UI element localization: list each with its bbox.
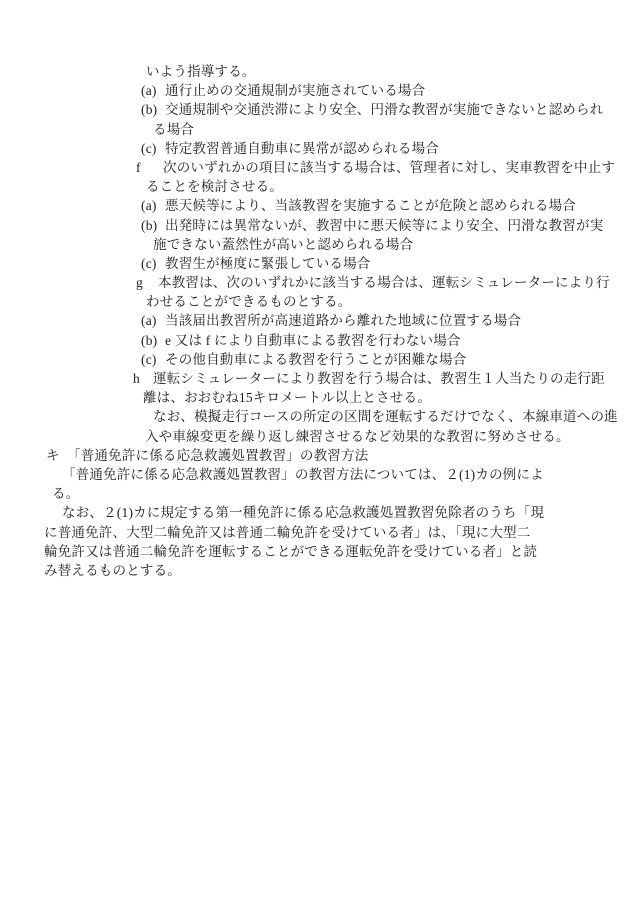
list-marker: (c) [141,350,165,369]
line-text: 出発時には異常ないが、教習中に悪天候等により安全、円滑な教習が実 [165,218,603,233]
line-text: 教習生が極度に緊張している場合 [165,256,371,271]
text-line: る。 [0,484,630,503]
text-line: (c)教習生が極度に緊張している場合 [0,254,630,273]
text-line: に普通免許、大型二輪免許又は普通二輪免許を受けている者」は、「現に大型二 [0,523,630,542]
text-line: 輪免許又は普通二輪免許を運転することができる運転免許を受けている者」と読 [0,542,630,561]
list-marker: キ [46,446,67,465]
text-line: 「普通免許に係る応急救護処置教習」の教習方法については、２(1)カの例によ [0,465,630,484]
list-marker: (c) [141,139,165,158]
line-text: 「普通免許に係る応急救護処置教習」の教習方法については、２(1)カの例によ [62,467,544,482]
line-text: 「普通免許に係る応急救護処置教習」の教習方法 [67,448,368,463]
text-line: 入や車線変更を繰り返し練習させるなど効果的な教習に努めさせる。 [0,427,630,446]
text-line: (a)当該届出教習所が高速道路から離れた地域に位置する場合 [0,311,630,330]
line-text: いよう指導する。 [146,64,256,79]
line-text: 交通規制や交通渋滞により安全、円滑な教習が実施できないと認められ [165,102,603,117]
line-text: その他自動車による教習を行うことが困難な場合 [165,352,466,367]
list-marker: (c) [141,254,165,273]
line-text: なお、模擬走行コースの所定の区間を運転するだけでなく、本線車道への進 [153,409,618,424]
document-page: いよう指導する。(a)通行止めの交通規制が実施されている場合(b)交通規制や交通… [0,0,630,903]
line-text: 離は、おおむね15キロメートル以上とさせる。 [143,390,431,405]
text-line: なお、２(1)カに規定する第一種免許に係る応急救護処置教習免除者のうち「現 [0,503,630,522]
document-body: いよう指導する。(a)通行止めの交通規制が実施されている場合(b)交通規制や交通… [0,62,630,580]
line-text: 入や車線変更を繰り返し練習させるなど効果的な教習に努めさせる。 [145,429,570,444]
list-marker: f [136,158,163,177]
line-text: わせることができるものとする。 [146,294,352,309]
list-marker: (b) [141,100,165,119]
text-line: (b)出発時には異常ないが、教習中に悪天候等により安全、円滑な教習が実 [0,216,630,235]
line-text: 当該届出教習所が高速道路から離れた地域に位置する場合 [165,313,521,328]
text-line: み替えるものとする。 [0,561,630,580]
text-line: (a)悪天候等により、当該教習を実施することが危険と認められる場合 [0,196,630,215]
text-line: g本教習は、次のいずれかに該当する場合は、運転シミュレーターにより行 [0,273,630,292]
line-text: 施できない蓋然性が高いと認められる場合 [153,237,413,252]
list-marker: g [136,273,158,292]
line-text: に普通免許、大型二輪免許又は普通二輪免許を受けている者」は、「現に大型二 [44,525,530,540]
line-text: 運転シミュレーターにより教習を行う場合は、教習生１人当たりの走行距 [153,371,605,386]
line-text: る場合 [153,122,194,137]
text-line: (b)交通規制や交通渋滞により安全、円滑な教習が実施できないと認められ [0,100,630,119]
line-text: 輪免許又は普通二輪免許を運転することができる運転免許を受けている者」と読 [44,544,537,559]
text-line: (b)e 又は f により自動車による教習を行わない場合 [0,331,630,350]
text-line: (a)通行止めの交通規制が実施されている場合 [0,81,630,100]
list-marker: (a) [141,311,165,330]
text-line: ることを検討させる。 [0,177,630,196]
text-line: る場合 [0,120,630,139]
text-line: f次のいずれかの項目に該当する場合は、管理者に対し、実車教習を中止す [0,158,630,177]
line-text: 本教習は、次のいずれかに該当する場合は、運転シミュレーターにより行 [158,275,610,290]
line-text: 通行止めの交通規制が実施されている場合 [165,83,425,98]
line-text: e 又は f により自動車による教習を行わない場合 [165,333,461,348]
line-text: 特定教習普通自動車に異常が認められる場合 [165,141,439,156]
line-text: なお、２(1)カに規定する第一種免許に係る応急救護処置教習免除者のうち「現 [62,505,544,520]
text-line: わせることができるものとする。 [0,292,630,311]
list-marker: (a) [141,81,165,100]
text-line: (c)その他自動車による教習を行うことが困難な場合 [0,350,630,369]
list-marker: (a) [141,196,165,215]
text-line: (c)特定教習普通自動車に異常が認められる場合 [0,139,630,158]
text-line: h運転シミュレーターにより教習を行う場合は、教習生１人当たりの走行距 [0,369,630,388]
list-marker: (b) [141,331,165,350]
text-line: 施できない蓋然性が高いと認められる場合 [0,235,630,254]
list-marker: (b) [141,216,165,235]
line-text: み替えるものとする。 [44,563,181,578]
text-line: いよう指導する。 [0,62,630,81]
text-line: なお、模擬走行コースの所定の区間を運転するだけでなく、本線車道への進 [0,407,630,426]
line-text: る。 [52,486,79,501]
line-text: ることを検討させる。 [146,179,283,194]
line-text: 次のいずれかの項目に該当する場合は、管理者に対し、実車教習を中止す [163,160,615,175]
text-line: キ「普通免許に係る応急救護処置教習」の教習方法 [0,446,630,465]
list-marker: h [133,369,153,388]
line-text: 悪天候等により、当該教習を実施することが危険と認められる場合 [165,198,576,213]
text-line: 離は、おおむね15キロメートル以上とさせる。 [0,388,630,407]
